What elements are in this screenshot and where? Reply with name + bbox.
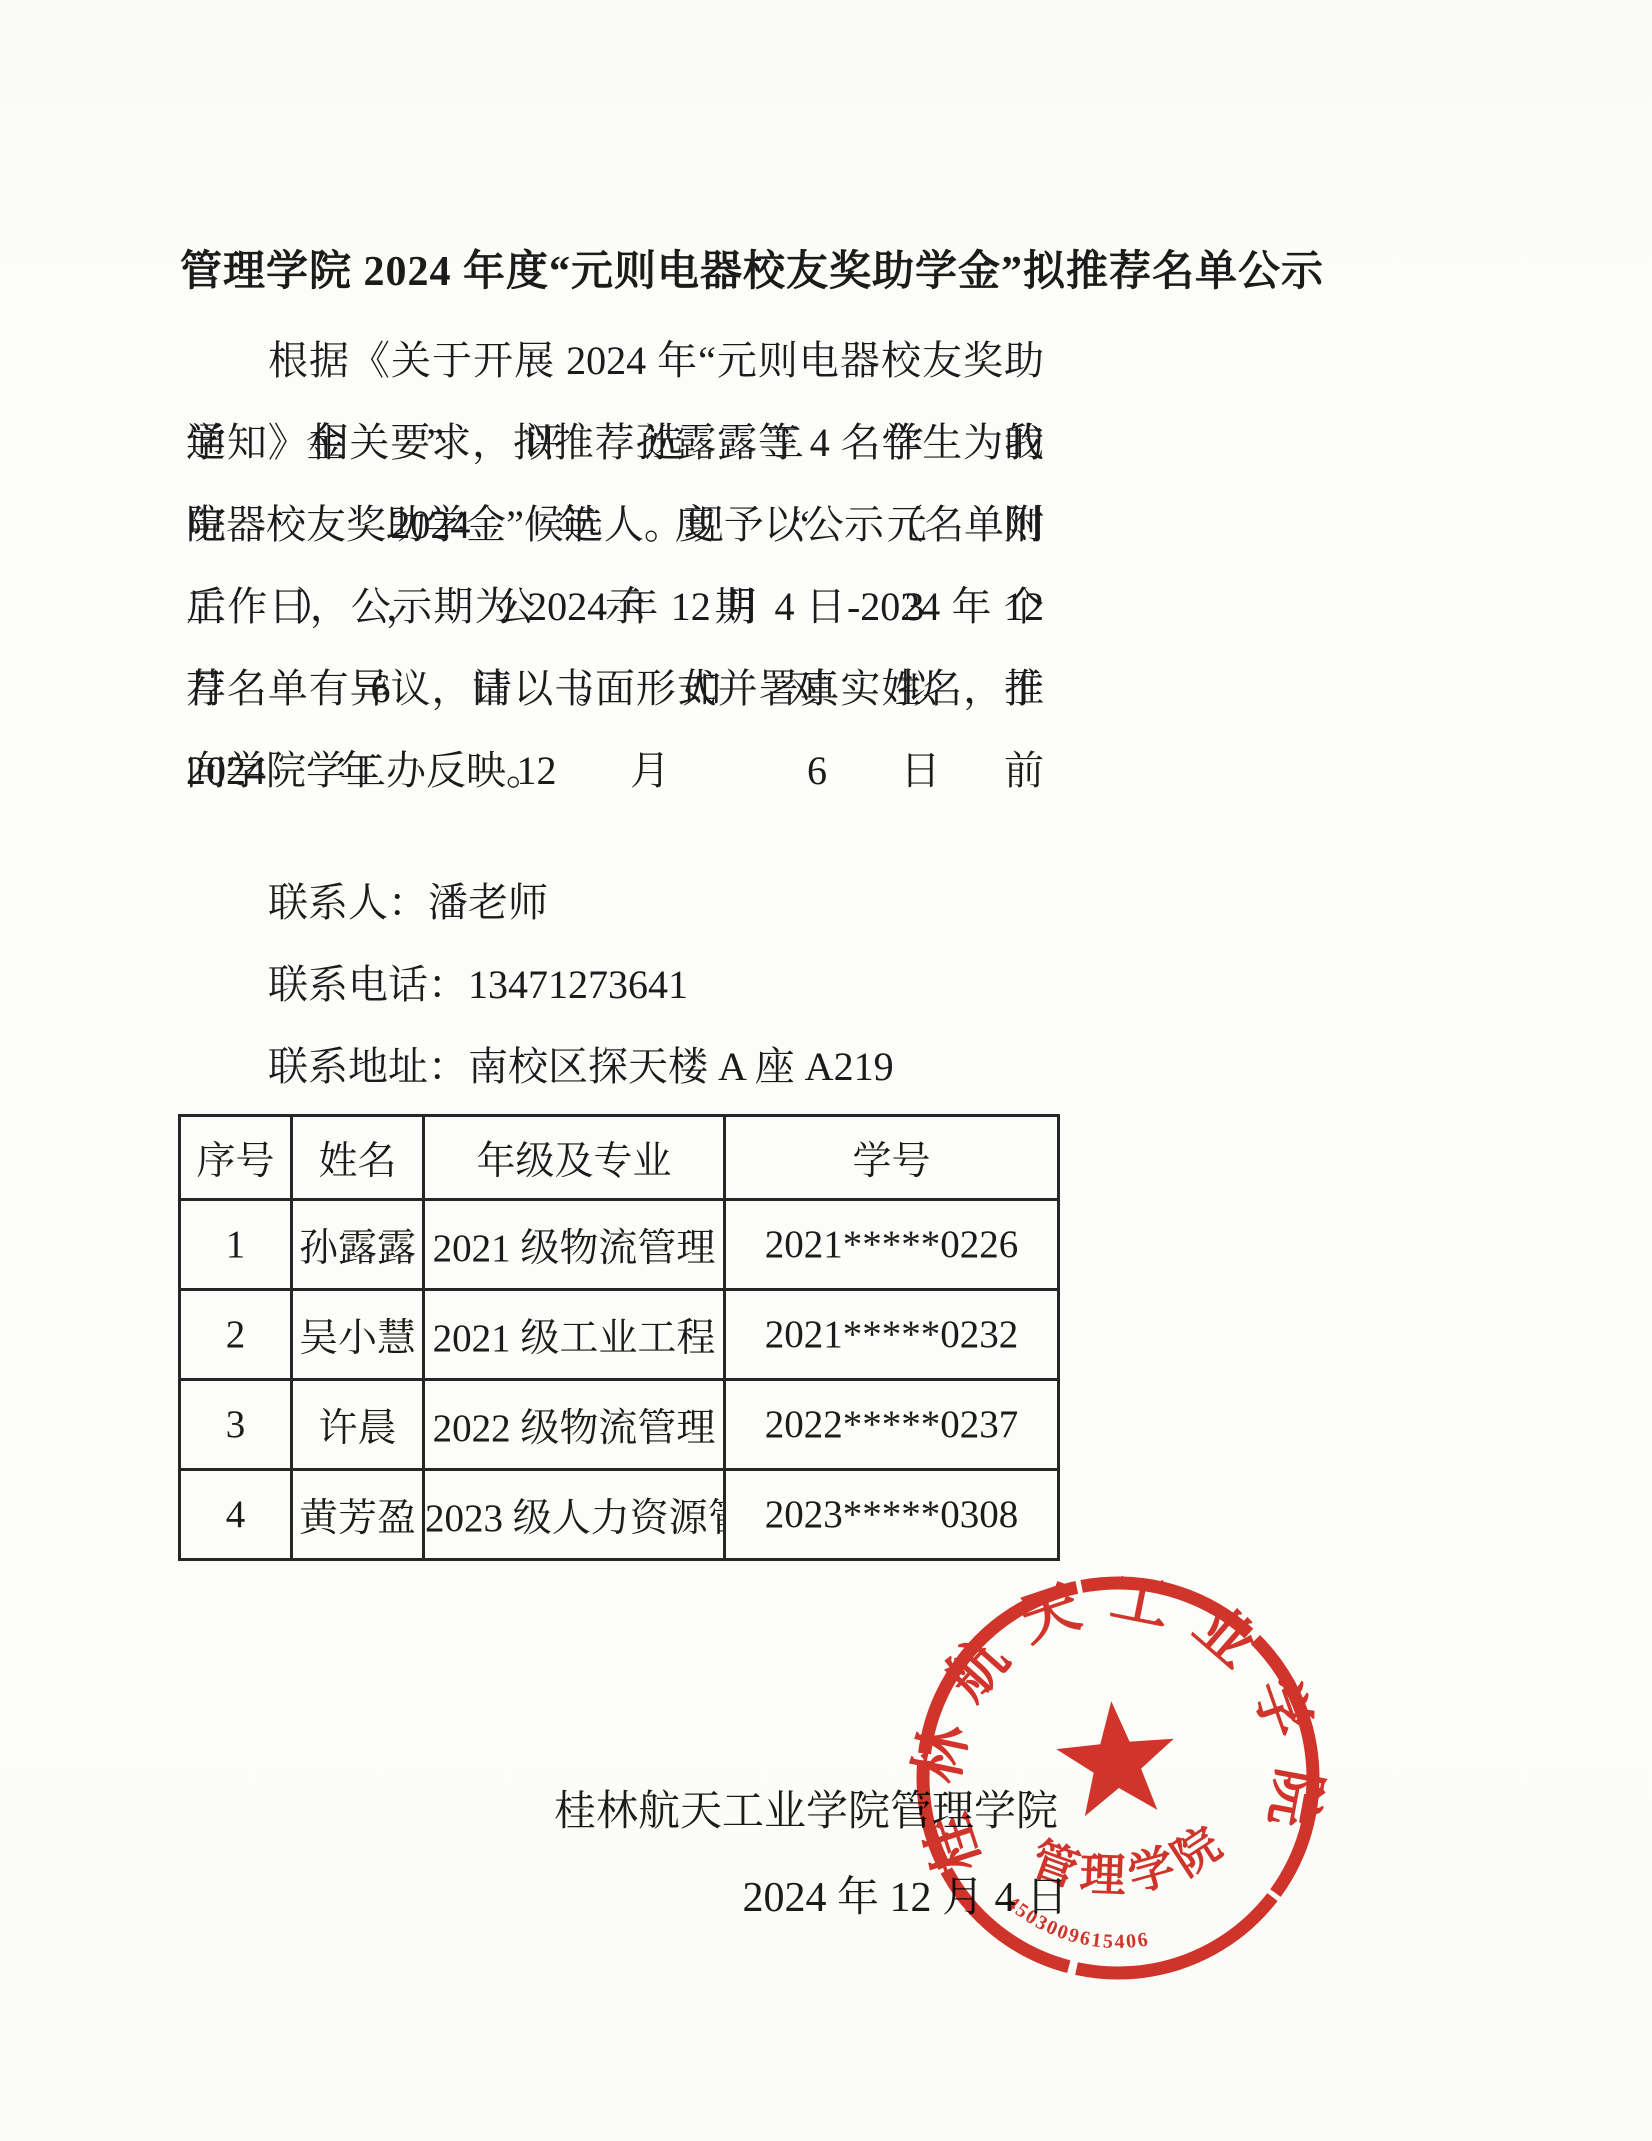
contact-address-line: 联系地址：南校区探天楼 A 座 A219 <box>186 1026 1044 1108</box>
col-header-name: 姓名 <box>292 1116 424 1200</box>
cell-name: 孙露露 <box>292 1200 424 1290</box>
svg-text:桂林航天工业学院: 桂林航天工业学院 <box>886 1546 1339 1891</box>
contact-person-line: 联系人：潘老师 <box>186 862 1044 944</box>
cell-grade-major: 2021 级工业工程 <box>424 1290 725 1380</box>
cell-student-id: 2021*****0226 <box>725 1200 1059 1290</box>
table-header-row: 序号 姓名 年级及专业 学号 <box>180 1116 1059 1200</box>
table-row: 3 许晨 2022 级物流管理 2022*****0237 <box>180 1380 1059 1470</box>
cell-name: 吴小慧 <box>292 1290 424 1380</box>
col-header-index: 序号 <box>180 1116 292 1200</box>
contact-block: 联系人：潘老师 联系电话：13471273641 联系地址：南校区探天楼 A 座… <box>186 862 1044 1108</box>
cell-name: 许晨 <box>292 1380 424 1470</box>
signature-org: 桂林航天工业学院管理学院 <box>178 1778 1058 1838</box>
announcement-document: 管理学院 2024 年度“元则电器校友奖助学金”拟推荐名单公示 根据《关于开展 … <box>0 0 1652 2141</box>
col-header-student-id: 学号 <box>725 1116 1059 1200</box>
body-line: 荐名单有异议，请以书面形式并署真实姓名，于 2024 年 12 月 6 日前 <box>186 648 1044 730</box>
table-row: 4 黄芳盈 2023 级人力资源管理 2023*****0308 <box>180 1470 1059 1560</box>
table-row: 1 孙露露 2021 级物流管理 2021*****0226 <box>180 1200 1059 1290</box>
signature-date: 2024 年 12 月 4 日 <box>178 1864 1068 1924</box>
body-line: 通知》相关要求，拟推荐孙露露等 4 名学生为我院 2024 年度“元则 <box>186 402 1044 484</box>
page-title: 管理学院 2024 年度“元则电器校友奖助学金”拟推荐名单公示 <box>180 238 1060 298</box>
cell-index: 2 <box>180 1290 292 1380</box>
table-row: 2 吴小慧 2021 级工业工程 2021*****0232 <box>180 1290 1059 1380</box>
cell-student-id: 2023*****0308 <box>725 1470 1059 1560</box>
body-line: 电器校友奖助学金”候选人。现予以公示（名单附后），公示期 3 个 <box>186 484 1044 566</box>
cell-index: 4 <box>180 1470 292 1560</box>
seal-star <box>1053 1696 1180 1818</box>
body-paragraph: 根据《关于开展 2024 年“元则电器校友奖助学金”评选工作的 通知》相关要求，… <box>186 320 1044 812</box>
col-header-grade-major: 年级及专业 <box>424 1116 725 1200</box>
seal-ring-text: 桂林航天工业学院 <box>886 1546 1339 1891</box>
cell-index: 1 <box>180 1200 292 1290</box>
cell-grade-major: 2021 级物流管理 <box>424 1200 725 1290</box>
body-line: 根据《关于开展 2024 年“元则电器校友奖助学金”评选工作的 <box>186 320 1044 402</box>
candidates-table: 序号 姓名 年级及专业 学号 1 孙露露 2021 级物流管理 2021****… <box>178 1114 1060 1561</box>
cell-grade-major: 2023 级人力资源管理 <box>424 1470 725 1560</box>
cell-name: 黄芳盈 <box>292 1470 424 1560</box>
contact-phone-line: 联系电话：13471273641 <box>186 944 1044 1026</box>
cell-student-id: 2021*****0232 <box>725 1290 1059 1380</box>
cell-index: 3 <box>180 1380 292 1470</box>
cell-student-id: 2022*****0237 <box>725 1380 1059 1470</box>
cell-grade-major: 2022 级物流管理 <box>424 1380 725 1470</box>
body-line: 工作日，公示期为 2024 年 12 月 4 日-2024 年 12 月 6 日… <box>186 566 1044 648</box>
